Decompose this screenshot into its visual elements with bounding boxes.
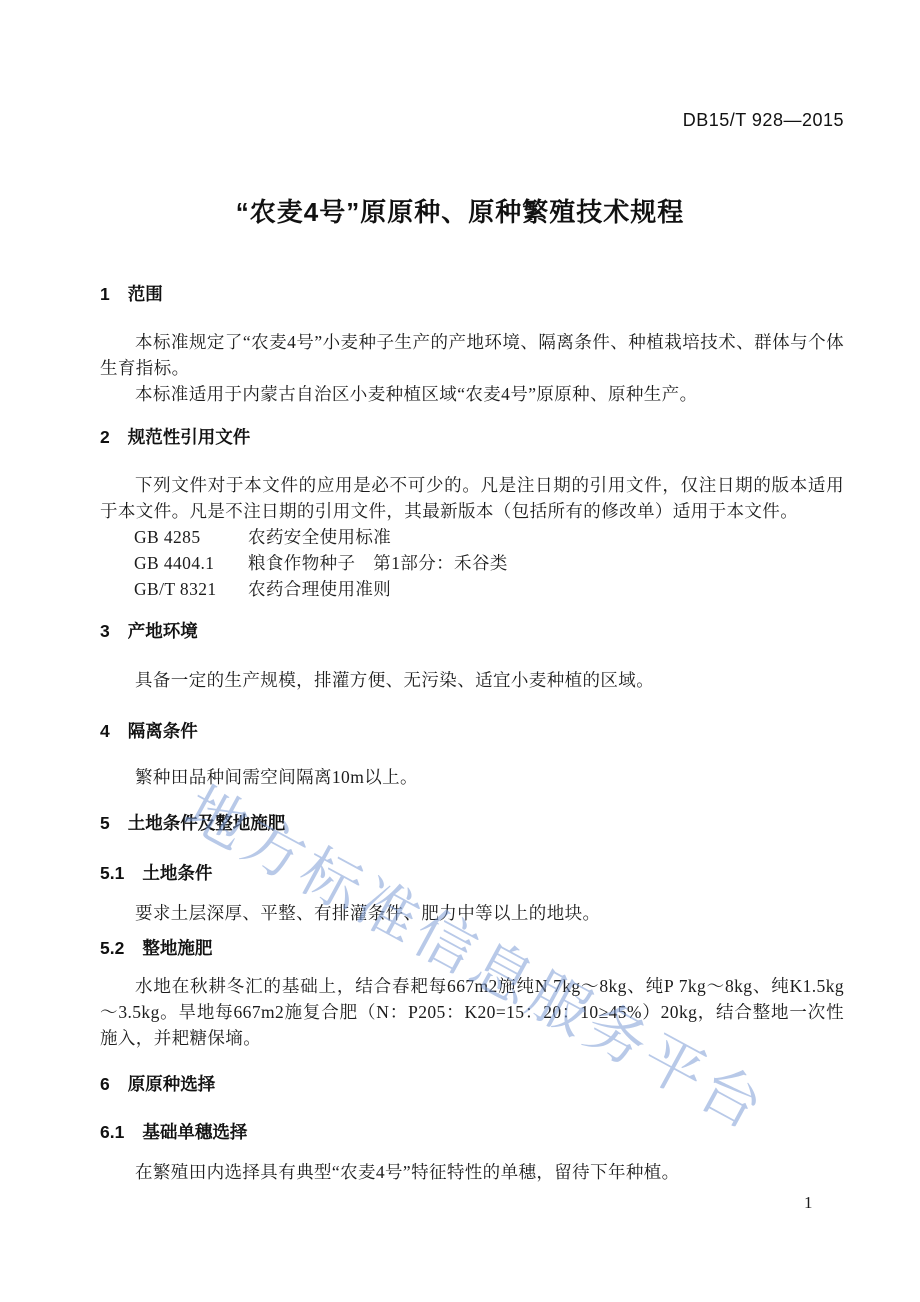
section-heading-3: 3 产地环境 (100, 621, 844, 641)
reference-row: GB/T 8321 农药合理使用准则 (100, 576, 844, 602)
standard-code: DB15/T 928—2015 (683, 110, 844, 131)
section-heading-5-2: 5.2 整地施肥 (100, 938, 844, 958)
section-heading-2: 2 规范性引用文件 (100, 427, 844, 447)
section-title: 基础单穗选择 (142, 1122, 247, 1142)
reference-code: GB/T 8321 (134, 576, 248, 602)
reference-title: 农药安全使用标准 (248, 524, 391, 550)
paragraph: 水地在秋耕冬汇的基础上，结合春耙每667m2施纯N 7kg～8kg、纯P 7kg… (100, 973, 844, 1051)
paragraph: 本标准适用于内蒙古自治区小麦种植区域“农麦4号”原原种、原种生产。 (100, 381, 844, 407)
paragraph: 本标准规定了“农麦4号”小麦种子生产的产地环境、隔离条件、种植栽培技术、群体与个… (100, 329, 844, 381)
reference-row: GB 4285 农药安全使用标准 (100, 524, 844, 550)
section-number: 5.1 (100, 863, 124, 883)
section-heading-4: 4 隔离条件 (100, 721, 844, 741)
section-number: 5 (100, 813, 110, 833)
reference-code: GB 4404.1 (134, 550, 248, 576)
section-number: 3 (100, 621, 110, 641)
section-title: 隔离条件 (128, 721, 198, 741)
document-title: “农麦4号”原原种、原种繁殖技术规程 (0, 192, 920, 229)
section-number: 6 (100, 1074, 110, 1094)
section-title: 规范性引用文件 (128, 427, 251, 447)
section-heading-5-1: 5.1 土地条件 (100, 863, 844, 883)
reference-code: GB 4285 (134, 524, 248, 550)
section-number: 4 (100, 721, 110, 741)
reference-row: GB 4404.1 粮食作物种子 第1部分：禾谷类 (100, 550, 844, 576)
section-number: 1 (100, 284, 110, 304)
normative-references-list: GB 4285 农药安全使用标准 GB 4404.1 粮食作物种子 第1部分：禾… (100, 524, 844, 602)
section-title: 土地条件 (142, 863, 212, 883)
paragraph: 在繁殖田内选择具有典型“农麦4号”特征特性的单穗，留待下年种植。 (100, 1159, 844, 1185)
section-number: 6.1 (100, 1122, 124, 1142)
section-title: 整地施肥 (142, 938, 212, 958)
section-heading-1: 1 范围 (100, 284, 844, 304)
reference-title: 粮食作物种子 第1部分：禾谷类 (248, 550, 508, 576)
reference-title: 农药合理使用准则 (248, 576, 391, 602)
section-heading-6-1: 6.1 基础单穗选择 (100, 1122, 844, 1142)
page-number: 1 (804, 1193, 813, 1213)
paragraph: 繁种田品种间需空间隔离10m以上。 (100, 764, 844, 790)
paragraph: 具备一定的生产规模，排灌方便、无污染、适宜小麦种植的区域。 (100, 667, 844, 693)
document-body: 1 范围 本标准规定了“农麦4号”小麦种子生产的产地环境、隔离条件、种植栽培技术… (100, 284, 844, 1185)
section-number: 2 (100, 427, 110, 447)
section-number: 5.2 (100, 938, 124, 958)
section-heading-5: 5 土地条件及整地施肥 (100, 813, 844, 833)
document-page: DB15/T 928—2015 “农麦4号”原原种、原种繁殖技术规程 1 范围 … (0, 0, 920, 1302)
section-title: 产地环境 (128, 621, 198, 641)
section-title: 土地条件及整地施肥 (128, 813, 286, 833)
paragraph: 要求土层深厚、平整、有排灌条件、肥力中等以上的地块。 (100, 900, 844, 926)
section-title: 原原种选择 (128, 1074, 216, 1094)
section-heading-6: 6 原原种选择 (100, 1074, 844, 1094)
section-title: 范围 (128, 284, 163, 304)
paragraph: 下列文件对于本文件的应用是必不可少的。凡是注日期的引用文件，仅注日期的版本适用于… (100, 472, 844, 524)
